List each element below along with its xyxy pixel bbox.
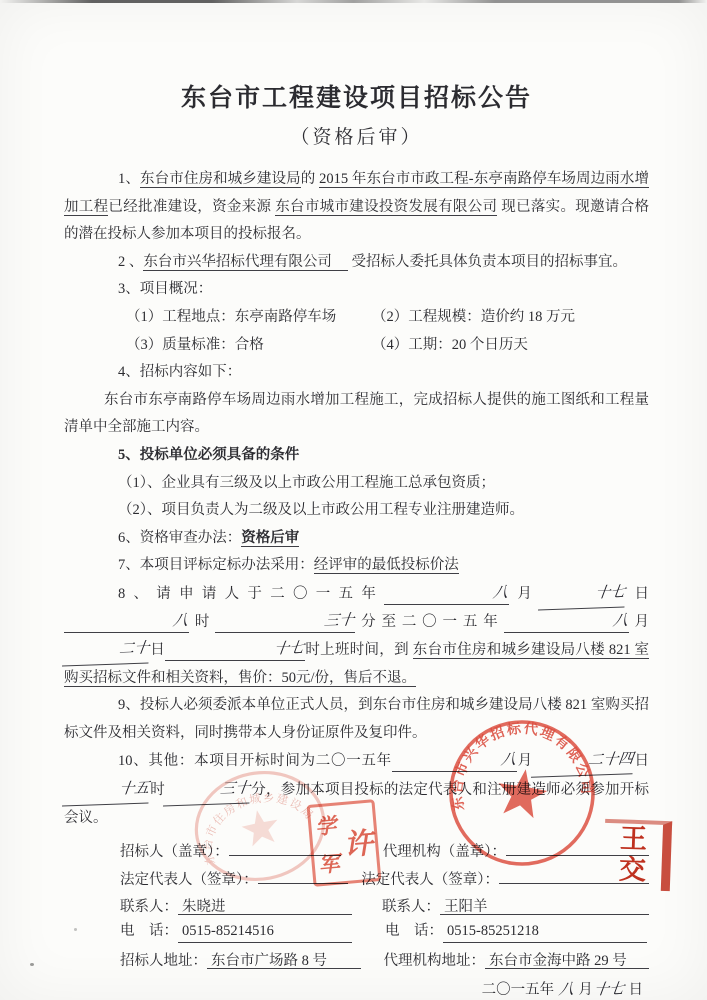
p2-agency-name-underlined: 东台市兴华招标代理有限公司 — [143, 254, 348, 271]
xu-seal-right-column: 许 — [338, 802, 378, 881]
paragraph-2: 2 、东台市兴华招标代理有限公司 受招标人委托具体负责本项目的招标事宜。 — [64, 249, 649, 277]
page-subtitle: （资格后审） — [64, 124, 649, 152]
bidder-contact-field: 联系人：朱晓进 — [120, 895, 382, 916]
p8-month-blank: 八 — [384, 583, 509, 605]
handwritten-month-2: 八 — [556, 609, 630, 631]
xu-seal-char: 学 — [314, 810, 338, 842]
project-scale: （2）工程规模：造价约 18 万元 — [372, 304, 649, 332]
handwritten-month: 八 — [437, 582, 511, 604]
bidder-address-value: 东台市广场路 8 号 — [207, 949, 361, 969]
date-month-char: 月 — [578, 982, 593, 998]
p1-text: 已经批准建设，资金来源 — [108, 199, 275, 215]
page-title: 东台市工程建设项目招标公告 — [64, 82, 649, 116]
p8-text: 日 — [626, 586, 649, 602]
agency-contact-field: 联系人：王阳羊 — [382, 895, 649, 916]
wang-seal-char: 交 — [603, 854, 662, 887]
p10-text: 时 — [150, 782, 165, 798]
date-day-char: 日 — [629, 982, 644, 998]
bidder-contact-label: 联系人： — [120, 899, 178, 915]
p8-text: 日 — [150, 642, 165, 658]
agency-stamp-graphic: 东台市兴华招标代理有限公司 — [424, 692, 620, 894]
wang-seal-char: 王 — [604, 823, 663, 856]
date-year: 二〇一五年 — [482, 982, 555, 998]
p7-label: 7、本项目评标定标办法采用： — [118, 557, 314, 573]
form-row-phone: 电 话：0515-85214516 电 话：0515-85251218 — [120, 916, 649, 943]
agency-address-label: 代理机构地址： — [384, 953, 486, 969]
bidder-phone-label: 电 话： — [120, 923, 178, 939]
agency-phone-value: 0515-85251218 — [443, 923, 647, 943]
agency-address-field: 代理机构地址：东台市金海中路 29 号 — [384, 949, 650, 970]
scanned-document-page: 东台市工程建设项目招标公告 （资格后审） 1、东台市住房和城乡建设局的 2015… — [0, 0, 707, 1000]
agency-contact-value: 王阳羊 — [440, 895, 649, 915]
p8-text: 时上班时间，到 — [305, 642, 413, 658]
project-overview-row-1: （1）工程地点：东亭南路停车场 （2）工程规模：造价约 18 万元 — [64, 304, 649, 332]
p8-text: 月 — [509, 586, 540, 602]
paragraph-3-heading: 3、项目概况： — [64, 276, 649, 304]
p8-text: 8、请申请人于二〇一五年 — [118, 586, 384, 602]
handwritten-day: 十七 — [538, 578, 628, 610]
form-row-address: 招标人地址：东台市广场路 8 号 代理机构地址：东台市金海中路 29 号 — [120, 943, 649, 970]
project-overview-row-2: （3）质量标准：合格 （4）工期：20 个日历天 — [64, 332, 649, 360]
p7-method-underlined: 经评审的最低投标价法 — [314, 557, 459, 574]
document-date: 二〇一五年 八 月十七 日 — [64, 976, 649, 1000]
handwritten-date-month: 八 — [556, 976, 576, 1000]
p8-hour2-blank: 十七 — [165, 639, 305, 661]
scan-speck — [30, 963, 34, 966]
handwritten-date-day: 十七 — [591, 976, 627, 1000]
p8-hour-blank: 八 — [64, 611, 189, 633]
paragraph-5-heading: 5、投标单位必须具备的条件 — [64, 442, 649, 470]
p1-fund-source-underlined: 东台市城市建设投资发展有限公司 — [275, 199, 497, 216]
p6-method-underlined: 资格后审 — [241, 530, 299, 547]
agency-contact-label: 联系人： — [382, 899, 440, 915]
xu-seal-char: 军 — [317, 848, 341, 880]
paragraph-5-item-1: （1）、企业具有三级及以上市政公用工程施工总承包资质； — [64, 470, 649, 498]
p8-minute-blank: 三十 — [215, 611, 355, 633]
paragraph-7: 7、本项目评标定标办法采用：经评审的最低投标价法 — [64, 552, 649, 580]
p8-month2-blank: 八 — [504, 611, 629, 633]
p1-number: 1、 — [118, 171, 140, 187]
p8-text: 月 — [629, 614, 649, 630]
handwritten-open-hour: 十五 — [62, 775, 152, 807]
xu-name-seal: 学 军 许 — [307, 799, 382, 887]
xu-seal-char: 许 — [342, 820, 374, 863]
project-location: （1）工程地点：东亭南路停车场 — [126, 304, 372, 332]
p10-text: 日 — [634, 753, 649, 769]
paragraph-6: 6、资格审查办法：资格后审 — [64, 525, 649, 553]
project-duration: （4）工期：20 个日历天 — [372, 332, 649, 360]
quality-standard: （3）质量标准：合格 — [126, 332, 372, 360]
agency-round-stamp: 东台市兴华招标代理有限公司 — [424, 692, 620, 894]
p8-text: 分至二〇一五年 — [355, 614, 503, 630]
paragraph-5-item-2: （2）、项目负责人为二级及以上市政公用工程专业注册建造师。 — [64, 497, 649, 525]
p1-bidder-name-underlined: 东台市住房和城乡建设局 — [140, 171, 301, 188]
p2-number: 2 、 — [118, 254, 143, 270]
p6-label: 6、资格审查办法： — [118, 530, 241, 546]
handwritten-hour-2: 十七 — [218, 638, 307, 661]
bidder-address-label: 招标人地址： — [120, 953, 207, 969]
paragraph-4-body: 东台市东亭南路停车场周边雨水增加工程施工，完成招标人提供的施工图纸和工程量清单中… — [64, 387, 649, 442]
p8-text: 时 — [189, 614, 215, 630]
p2-text: 受招标人委托具体负责本项目的招标事宜。 — [348, 254, 627, 270]
handwritten-day-2: 二十 — [62, 635, 152, 667]
handwritten-minute: 三十 — [268, 609, 357, 632]
handwritten-hour: 八 — [117, 609, 191, 631]
paragraph-8: 8、请申请人于二〇一五年八月十七日八时三十分至二〇一五年八月二十日十七时上班时间… — [64, 580, 649, 692]
bidder-phone-value: 0515-85214516 — [178, 923, 352, 943]
bidder-address-field: 招标人地址：东台市广场路 8 号 — [120, 949, 384, 970]
agency-phone-field: 电 话：0515-85251218 — [385, 919, 649, 943]
agency-address-value: 东台市金海中路 29 号 — [485, 949, 649, 969]
p1-text: 的 — [301, 171, 319, 187]
paragraph-1: 1、东台市住房和城乡建设局的 2015 年东台市市政工程-东亭南路停车场周边雨水… — [64, 166, 649, 249]
agency-phone-label: 电 话： — [385, 923, 443, 939]
paragraph-4-heading: 4、招标内容如下： — [64, 359, 649, 387]
wang-name-seal: 王 交 — [603, 819, 672, 891]
bidder-phone-field: 电 话：0515-85214516 — [120, 919, 385, 943]
